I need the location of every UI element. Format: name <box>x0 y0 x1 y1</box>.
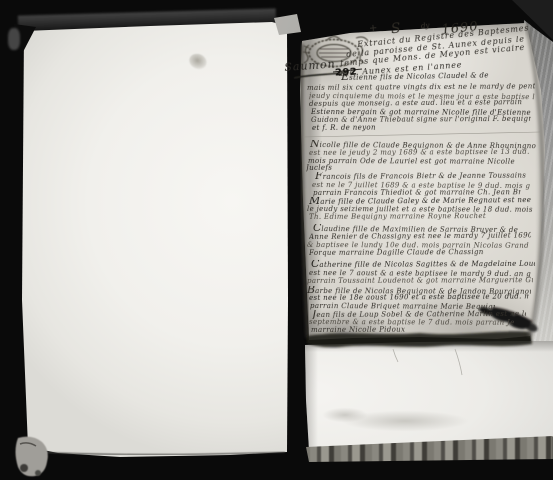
left-page-bottom-edge <box>30 452 285 455</box>
handwriting-line: Juclefs <box>306 164 348 172</box>
header-flourish: S <box>390 22 401 37</box>
handwriting-line: Th. Edime Bequigny marraine Royne Rouche… <box>309 212 494 221</box>
handwriting-line: Catherine fille de Nicolas Sagittes & de… <box>311 259 535 269</box>
handwriting-line: marraine Nicolle Pidoux <box>311 326 426 334</box>
torn-corner-fragment <box>16 437 48 477</box>
margin-signature: Saumon <box>284 58 336 73</box>
handwriting-line: est nee le 18e aoust 1690 et a este bapt… <box>309 292 529 302</box>
handwriting-line: Anne Renier de Chassigny est nee le mard… <box>309 231 531 241</box>
header-small-word: dy <box>421 22 430 31</box>
paper-crease-line <box>303 132 540 137</box>
header-cross-mark: + <box>369 23 378 35</box>
handwriting-line: mais mil six cent quatre vingts dix est … <box>307 82 535 92</box>
handwriting-line: et f. R. de neyon <box>312 123 422 132</box>
handwriting-line: Forque marraine Dagille Claude de Chassi… <box>309 248 484 257</box>
handwriting-line: est nee le jeudy 2 may 1689 & a este bap… <box>309 148 533 157</box>
lower-page-creases <box>393 349 462 375</box>
handwriting-line: parrain Toussaint Loudenot & got marrain… <box>307 276 533 285</box>
handwriting-line: Francois fils de Francois Bietr & de Jea… <box>315 171 527 181</box>
archival-scan: + S dy 1690 Extraict du Registre des Bap… <box>0 0 553 480</box>
